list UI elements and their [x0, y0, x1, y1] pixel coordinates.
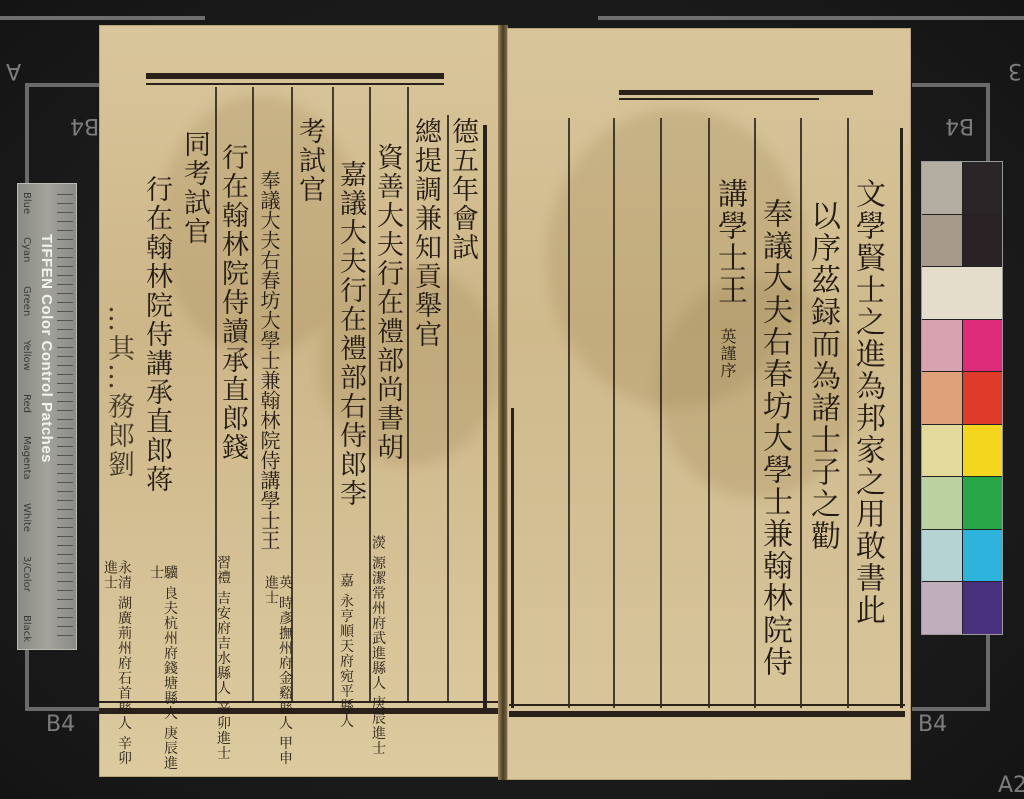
color-patch: [922, 215, 962, 267]
marker-top-left: A: [6, 58, 21, 83]
color-patch: [922, 425, 962, 477]
annotation: 嘉 永亨順天府宛平縣人: [339, 573, 353, 728]
annotation: 驥 良夫杭州府錢塘縣人 庚辰進士: [149, 565, 177, 777]
text-column: 奉議大夫右春坊大學士兼翰林院侍: [759, 198, 789, 678]
strip-label: 3/Color: [21, 556, 32, 592]
column-line: [252, 87, 254, 702]
strip-label: Cyan: [21, 237, 32, 262]
text-column: 同考試官: [181, 130, 208, 246]
color-patch: [922, 162, 962, 214]
strip-label: Green: [21, 286, 32, 316]
column-line: [407, 87, 409, 702]
text-column: 以序茲録而為諸士子之勸: [807, 200, 837, 552]
marker-left-upper: B4: [70, 113, 99, 138]
column-line: [613, 118, 615, 708]
right-border-rule: [900, 128, 903, 708]
marker-bottom-right: A2: [998, 773, 1024, 798]
annotation: 英謹序: [719, 328, 735, 379]
color-patch: [922, 372, 962, 424]
strip-label: Magenta: [21, 436, 32, 480]
color-patch: [922, 530, 962, 582]
column-line: [660, 118, 662, 708]
strip-color-labels: Blue Cyan Green Yellow Red Magenta White…: [21, 192, 32, 642]
frame-line-top-left: [0, 16, 205, 20]
color-patch: [963, 582, 1003, 634]
text-column: 奉議大夫右春坊大學士兼翰林院侍講學士王: [259, 170, 279, 550]
marker-top-right: 3: [1008, 58, 1022, 83]
column-line: [754, 118, 756, 708]
color-patch: [922, 582, 962, 634]
column-line: [847, 118, 849, 708]
column-line: [800, 118, 802, 708]
top-border-rule-thin: [146, 83, 444, 85]
color-patch: [963, 320, 1003, 372]
color-patch: [922, 267, 1002, 319]
tiffen-brand-text: TIFFEN Color Control Patches: [38, 234, 55, 463]
color-patch: [922, 477, 962, 529]
text-column: 文學賢士之進為邦家之用敢書此: [852, 178, 882, 626]
color-patch: [963, 530, 1003, 582]
marker-right-upper: B4: [945, 113, 974, 138]
annotation: 永清 湖廣荊州府石首縣人 辛卯進士: [103, 560, 131, 777]
strip-label: Red: [21, 394, 32, 413]
column-line: [332, 87, 334, 702]
text-column: 德五年會試: [449, 117, 476, 262]
color-patch: [963, 425, 1003, 477]
strip-label: Blue: [21, 192, 32, 214]
top-border-rule: [146, 73, 444, 79]
color-patch: [963, 477, 1003, 529]
tiffen-color-strip: Blue Cyan Green Yellow Red Magenta White…: [17, 183, 77, 650]
text-column: 考試官: [296, 117, 323, 204]
strip-label: Black: [21, 615, 32, 642]
color-patch-chart: [921, 161, 1003, 635]
right-border-rule: [483, 125, 487, 709]
top-border-rule: [619, 90, 873, 95]
color-patch: [963, 372, 1003, 424]
bottom-border-rule: [509, 711, 905, 717]
annotation: 濙 源潔常州府武進縣人 庚辰進士: [371, 535, 385, 756]
centimeter-ruler: [57, 194, 73, 639]
color-patch: [963, 162, 1003, 214]
column-line: [568, 118, 570, 708]
text-column: 行在翰林院侍講承直郎蒋: [143, 175, 170, 494]
color-patch: [963, 215, 1003, 267]
annotation: 英 時彥撫州府金谿縣人 甲申進士: [264, 575, 292, 777]
marker-left-lower: B4: [46, 712, 75, 737]
text-column: 講學士王: [714, 178, 744, 306]
right-page: 文學賢士之進為邦家之用敢書此 以序茲録而為諸士子之勸 奉議大夫右春坊大學士兼翰林…: [507, 28, 911, 780]
strip-label: White: [21, 503, 32, 532]
left-border-rule: [511, 408, 514, 708]
strip-label: Yellow: [21, 340, 32, 371]
text-column: …其…務郎劉: [105, 305, 132, 479]
left-page: 德五年會試 總提調兼知貢舉官 資善大夫行在禮部尚書胡 濙 源潔常州府武進縣人 庚…: [99, 25, 500, 777]
text-column: 行在翰林院侍讀承直郎錢: [219, 143, 246, 462]
marker-right-lower: B4: [918, 712, 947, 737]
frame-line-top-right: [598, 16, 1024, 20]
color-patch: [922, 320, 962, 372]
text-column: 總提調兼知貢舉官: [412, 117, 439, 349]
text-column: 嘉議大夫行在禮部右侍郎李: [337, 160, 364, 508]
top-border-rule-thin: [619, 98, 819, 100]
column-line: [708, 118, 710, 708]
annotation: 習禮 吉安府吉水縣人 辛卯進士: [216, 555, 230, 761]
text-column: 資善大夫行在禮部尚書胡: [374, 143, 401, 462]
